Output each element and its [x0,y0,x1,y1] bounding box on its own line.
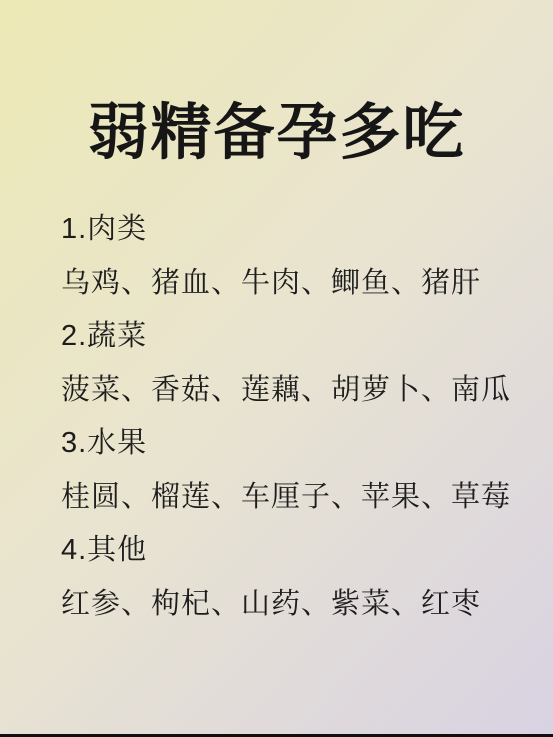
section-items-vegetables: 菠菜、香菇、莲藕、胡萝卜、南瓜 [61,364,513,418]
section-heading-others: 4.其他 [61,524,513,578]
food-list: 1.肉类 乌鸡、猪血、牛肉、鲫鱼、猪肝 2.蔬菜 菠菜、香菇、莲藕、胡萝卜、南瓜… [0,203,553,631]
section-items-fruits: 桂圆、榴莲、车厘子、苹果、草莓 [61,471,513,525]
page-title: 弱精备孕多吃 [0,0,553,169]
section-items-others: 红参、枸杞、山药、紫菜、红枣 [61,578,513,632]
section-heading-meat: 1.肉类 [61,203,513,257]
section-heading-vegetables: 2.蔬菜 [61,310,513,364]
poster: 弱精备孕多吃 1.肉类 乌鸡、猪血、牛肉、鲫鱼、猪肝 2.蔬菜 菠菜、香菇、莲藕… [0,0,553,737]
section-heading-fruits: 3.水果 [61,417,513,471]
section-items-meat: 乌鸡、猪血、牛肉、鲫鱼、猪肝 [61,257,513,311]
